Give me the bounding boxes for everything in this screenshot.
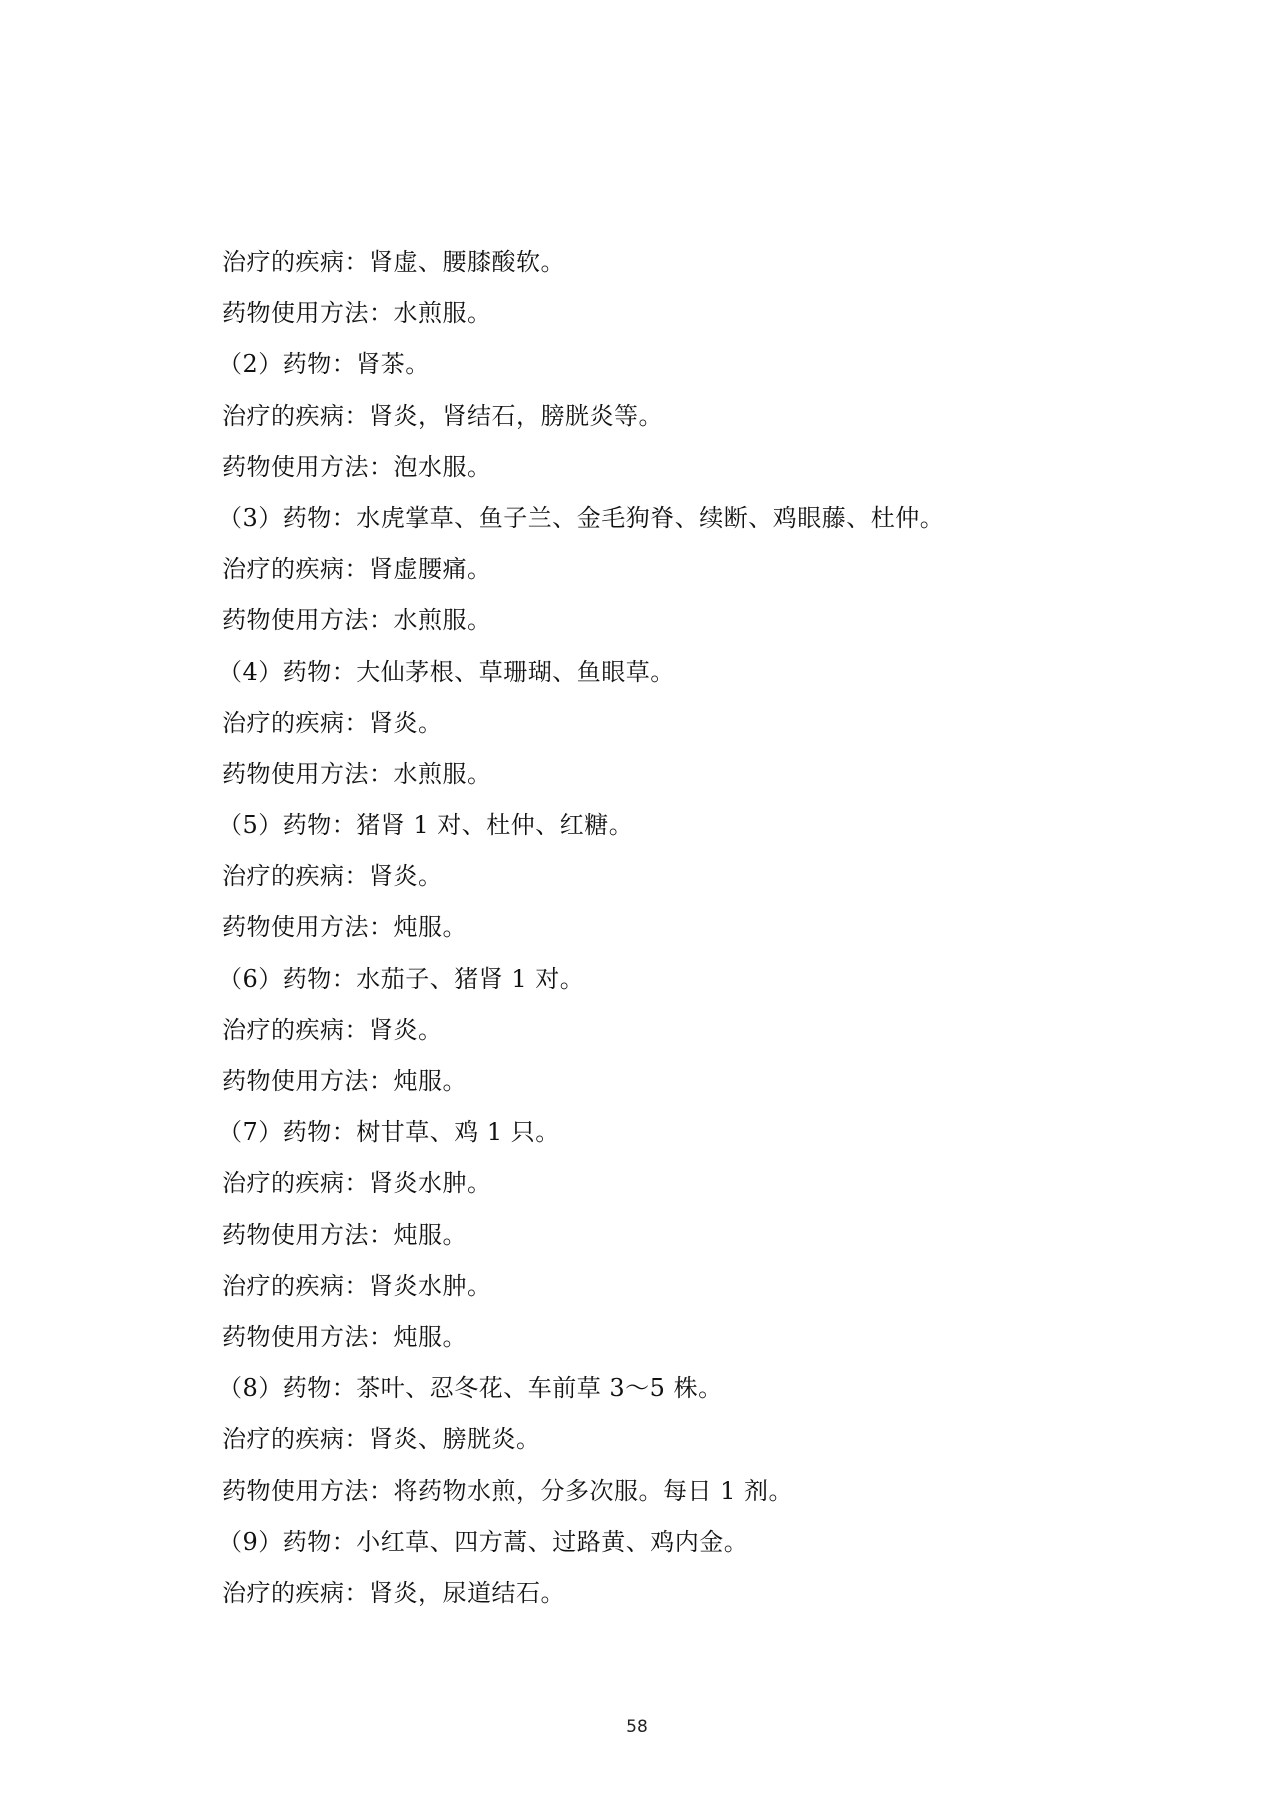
disease-line: 治疗的疾病：肾炎。 bbox=[222, 704, 1082, 755]
page-number: 58 bbox=[0, 1717, 1274, 1737]
disease-line: 治疗的疾病：肾炎水肿。 bbox=[222, 1267, 1082, 1318]
usage-line: 药物使用方法：泡水服。 bbox=[222, 448, 1082, 499]
medicine-item-line: （6）药物：水茄子、猪肾 1 对。 bbox=[222, 960, 1082, 1011]
usage-line: 药物使用方法：将药物水煎，分多次服。每日 1 剂。 bbox=[222, 1472, 1082, 1523]
usage-line: 药物使用方法：水煎服。 bbox=[222, 755, 1082, 806]
disease-line: 治疗的疾病：肾炎。 bbox=[222, 1011, 1082, 1062]
usage-line: 药物使用方法：炖服。 bbox=[222, 1216, 1082, 1267]
disease-line: 治疗的疾病：肾虚、腰膝酸软。 bbox=[222, 243, 1082, 294]
disease-line: 治疗的疾病：肾炎、膀胱炎。 bbox=[222, 1420, 1082, 1471]
medicine-item-line: （8）药物：茶叶、忍冬花、车前草 3～5 株。 bbox=[222, 1369, 1082, 1420]
medicine-item-line: （5）药物：猪肾 1 对、杜仲、红糖。 bbox=[222, 806, 1082, 857]
usage-line: 药物使用方法：水煎服。 bbox=[222, 601, 1082, 652]
medicine-item-line: （3）药物：水虎掌草、鱼子兰、金毛狗脊、续断、鸡眼藤、杜仲。 bbox=[222, 499, 1082, 550]
disease-line: 治疗的疾病：肾炎，尿道结石。 bbox=[222, 1574, 1082, 1625]
document-page: 治疗的疾病：肾虚、腰膝酸软。 药物使用方法：水煎服。 （2）药物：肾茶。 治疗的… bbox=[0, 0, 1274, 1801]
disease-line: 治疗的疾病：肾炎水肿。 bbox=[222, 1164, 1082, 1215]
medicine-item-line: （7）药物：树甘草、鸡 1 只。 bbox=[222, 1113, 1082, 1164]
usage-line: 药物使用方法：水煎服。 bbox=[222, 294, 1082, 345]
disease-line: 治疗的疾病：肾炎。 bbox=[222, 857, 1082, 908]
disease-line: 治疗的疾病：肾炎，肾结石，膀胱炎等。 bbox=[222, 397, 1082, 448]
usage-line: 药物使用方法：炖服。 bbox=[222, 1318, 1082, 1369]
usage-line: 药物使用方法：炖服。 bbox=[222, 1062, 1082, 1113]
page-content: 治疗的疾病：肾虚、腰膝酸软。 药物使用方法：水煎服。 （2）药物：肾茶。 治疗的… bbox=[222, 243, 1082, 1625]
medicine-item-line: （9）药物：小红草、四方蒿、过路黄、鸡内金。 bbox=[222, 1523, 1082, 1574]
medicine-item-line: （4）药物：大仙茅根、草珊瑚、鱼眼草。 bbox=[222, 653, 1082, 704]
usage-line: 药物使用方法：炖服。 bbox=[222, 908, 1082, 959]
medicine-item-line: （2）药物：肾茶。 bbox=[222, 345, 1082, 396]
disease-line: 治疗的疾病：肾虚腰痛。 bbox=[222, 550, 1082, 601]
